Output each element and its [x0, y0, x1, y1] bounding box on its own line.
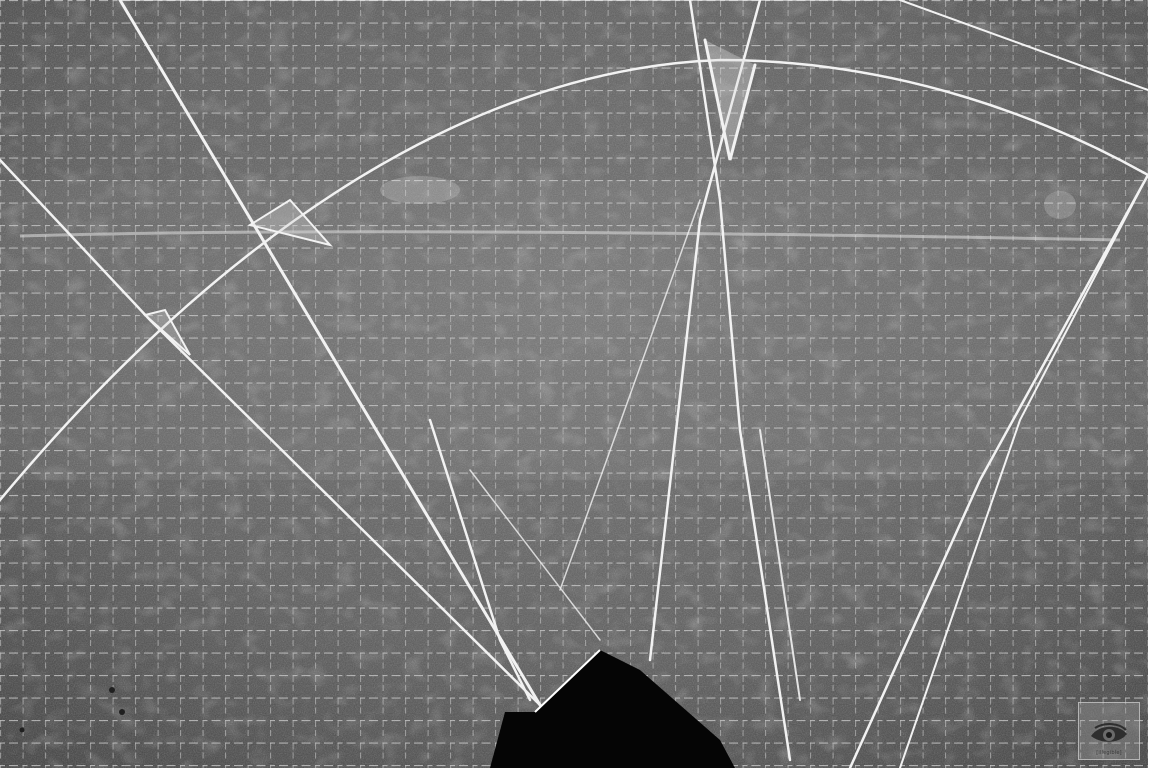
- photo-frame: [illegible]: [0, 0, 1150, 770]
- watermark-text: [illegible]: [1096, 750, 1122, 756]
- cracked-wired-glass-photo: [0, 0, 1148, 768]
- photographer-watermark: [illegible]: [1078, 702, 1140, 760]
- eye-icon: [1089, 722, 1129, 746]
